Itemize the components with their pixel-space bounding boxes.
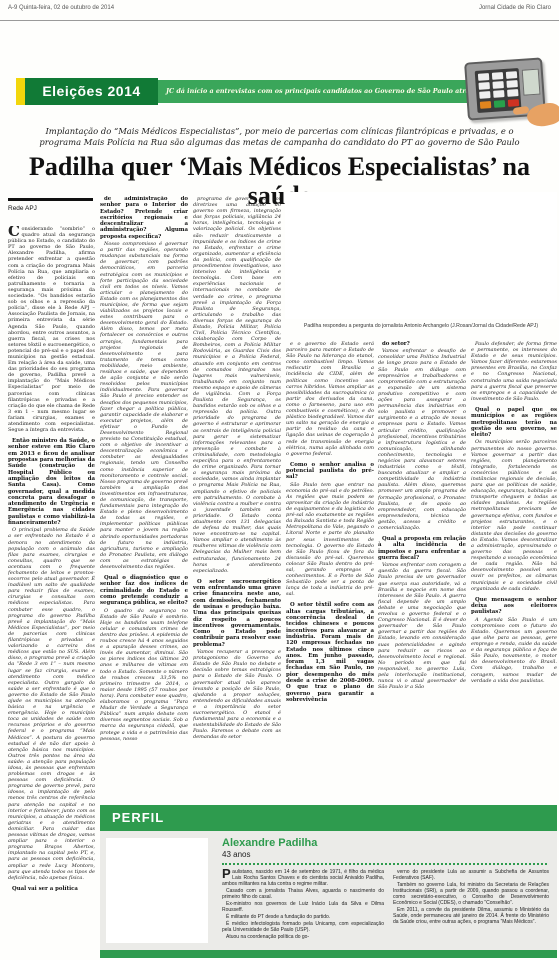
byline: Rede APJ: [8, 198, 93, 212]
perfil-name: Alexandre Padilha: [222, 837, 317, 849]
page-number-date: A-9 Quinta-feira, 02 de outubro de 2014: [8, 5, 114, 11]
question-paragraph: Qual vai ser a política: [8, 886, 95, 892]
question-paragraph: Qual o papel que os municípios e as regi…: [471, 407, 557, 438]
bio-paragraph: Casado com a jornalista Thaisa Alves, ag…: [222, 888, 384, 900]
perfil-header-band: PERFIL: [100, 805, 557, 831]
banner-strip-text: JC dá início a entrevistas com os princi…: [158, 80, 503, 103]
newspaper-name: Jornal Cidade de Rio Claro: [479, 5, 551, 11]
question-paragraph: Então ministro da Saúde, o senhor esteve…: [8, 438, 95, 526]
bio-paragraph: É médico infectologista formado pela Uni…: [222, 921, 384, 933]
lead-paragraph: Considerando “sombrio” o quadro atual da…: [8, 226, 95, 433]
article-column-6: Paulo defender, de forma firme e permane…: [471, 341, 557, 799]
question-paragraph: O setor têxtil sofre com as altas cargas…: [286, 602, 374, 703]
question-paragraph: Que mensagem o senhor deixa aos eleitore…: [471, 597, 557, 616]
perfil-section: PERFIL Alexandre Padilha 43 anos Paulist…: [100, 805, 557, 958]
article-column-4: e o governo do Estado será parceiro para…: [286, 341, 374, 802]
answer-paragraph: Vamos enfrentar o desafio de consolidar …: [378, 348, 466, 531]
perfil-bio-column-1: Paulistano, nascido em 14 de setembro de…: [222, 869, 384, 947]
perfil-bottom-band: [100, 950, 557, 958]
answer-paragraph: Nosso compromisso é governar a partir da…: [100, 241, 188, 570]
answer-paragraph: Paulo defender, de forma firme e permane…: [471, 341, 557, 402]
question-paragraph: O setor sucroenergético vem enfrentando …: [193, 579, 281, 648]
bio-paragraph: verno do presidente Lula ao assumir a Su…: [393, 869, 549, 881]
article-column-5: do setor? Vamos enfrentar o desafio de c…: [378, 341, 466, 799]
bio-paragraph: É militante do PT desde a fundação do pa…: [222, 914, 384, 920]
answer-paragraph: O principal problema da Saúde a ser enfr…: [8, 527, 95, 880]
perfil-bio-column-2: verno do presidente Lula ao assumir a Su…: [393, 869, 549, 947]
question-paragraph: Como o senhor analisa o potencial paulis…: [286, 462, 374, 481]
yellow-accent-bar: [16, 78, 25, 105]
voting-machine-icon: [462, 56, 557, 126]
bio-paragraph: Também no governo Lula, foi ministro da …: [393, 882, 549, 906]
answer-paragraph: Vamos enfrentar com coragem a questão da…: [378, 562, 466, 690]
article-column-1: Considerando “sombrio” o quadro atual da…: [8, 226, 95, 956]
elections-banner: Eleições 2014 JC dá início a entrevistas…: [0, 70, 559, 130]
question-paragraph: Qual o diagnóstico que o senhor faz dos …: [100, 575, 188, 606]
answer-paragraph: Os municípios serão parceiros permanente…: [471, 439, 557, 591]
page-header: A-9 Quinta-feira, 02 de outubro de 2014 …: [0, 0, 559, 21]
bio-paragraph: Atuou na coordenação política do go-: [222, 934, 384, 940]
perfil-photo: [106, 838, 208, 943]
bio-paragraph: Ex-ministro nos governos de Luiz Inácio …: [222, 901, 384, 913]
answer-paragraph: Vamos recuperar a presença e protagonism…: [193, 649, 281, 740]
elections-section-label: Eleições 2014: [25, 78, 158, 105]
answer-paragraph: A Agenda São Paulo é um compromisso com …: [471, 617, 557, 684]
answer-paragraph: O quadro da segurança no Estado de São P…: [100, 608, 188, 742]
article-column-3: programa de governo tem por diretrizes u…: [193, 196, 281, 802]
article-column-2: de administração do senhor para o Interi…: [100, 196, 188, 802]
interview-photo: [285, 192, 557, 319]
article-subtitle: Implantação do “Mais Médicos Especialist…: [28, 126, 531, 149]
question-paragraph: Qual a proposta em relação à alta incidê…: [378, 536, 466, 561]
bio-paragraph: Em 2011, a convite da presidente Dilma, …: [393, 907, 549, 925]
voting-machine-keypad: [475, 68, 522, 113]
answer-paragraph: programa de governo tem por diretrizes u…: [193, 196, 281, 574]
perfil-content: Alexandre Padilha 43 anos Paulistano, na…: [100, 831, 557, 950]
answer-paragraph: e o governo do Estado será parceiro para…: [286, 341, 374, 457]
question-paragraph: de administração do senhor para o Interi…: [100, 196, 188, 240]
voting-machine-screen: [522, 69, 541, 96]
perfil-age: 43 anos: [222, 850, 250, 859]
photo-caption: Padilha respondeu a pergunta do jornalis…: [285, 323, 557, 329]
perfil-label: PERFIL: [112, 810, 164, 825]
dotted-divider: [222, 863, 547, 865]
question-paragraph: do setor?: [378, 341, 466, 347]
answer-paragraph: São Paulo tem que entrar na economia do …: [286, 482, 374, 598]
bio-paragraph: Paulistano, nascido em 14 de setembro de…: [222, 869, 384, 887]
